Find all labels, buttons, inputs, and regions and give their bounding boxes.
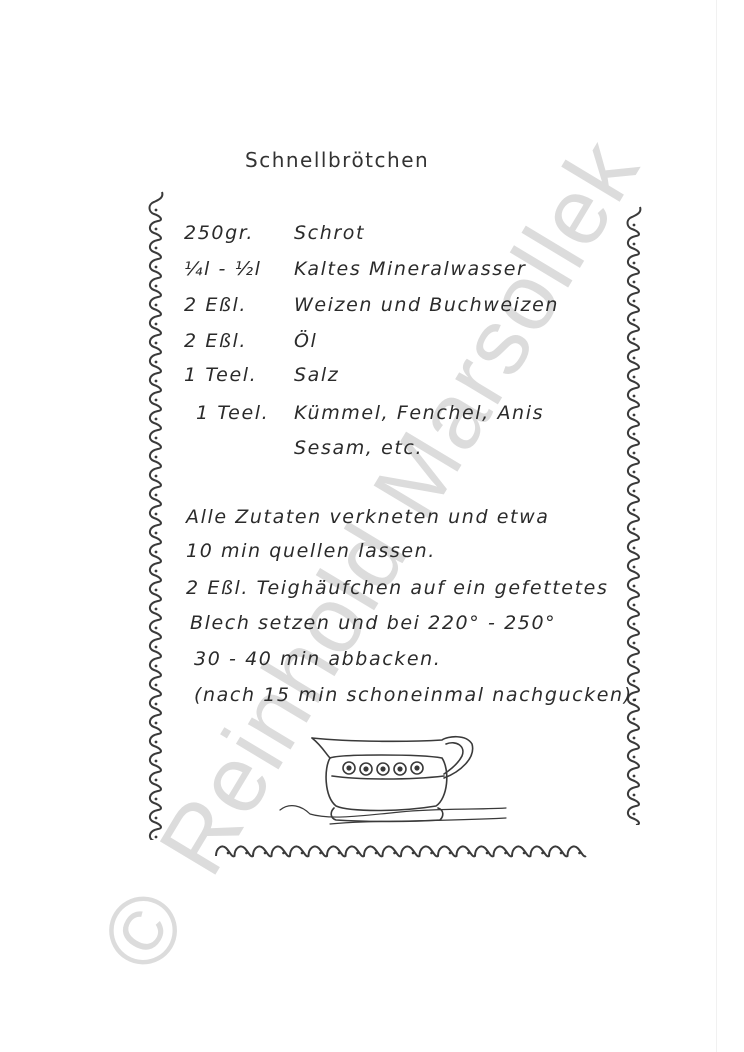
instruction-line: 10 min quellen lassen. (186, 540, 436, 562)
ingredient-row: ¼l - ½lKaltes Mineralwasser (184, 258, 526, 280)
ingredient-name: Salz (294, 364, 339, 386)
instruction-line: (nach 15 min schoneinmal nachgucken). (194, 684, 640, 706)
ingredient-row: 1 Teel.Kümmel, Fenchel, Anis (196, 402, 544, 424)
ingredient-name: Sesam, etc. (294, 437, 423, 459)
instruction-line: Alle Zutaten verkneten und etwa (186, 506, 549, 528)
ingredient-quantity: 1 Teel. (184, 364, 294, 386)
ingredient-quantity: 2 Eßl. (184, 330, 294, 352)
right-wave-border-icon (622, 205, 654, 825)
ingredient-name: Schrot (294, 222, 365, 244)
ingredient-quantity: 250gr. (184, 222, 294, 244)
ingredient-name: Kümmel, Fenchel, Anis (294, 402, 544, 424)
ingredient-quantity: ¼l - ½l (184, 258, 294, 280)
ingredient-row: 1 Teel.Salz (184, 364, 339, 386)
instruction-line: 30 - 40 min abbacken. (194, 648, 441, 670)
instruction-line: 2 Eßl. Teighäufchen auf ein gefettetes (186, 577, 608, 599)
ingredient-row: Sesam, etc. (184, 437, 423, 459)
ingredient-row: 2 Eßl.Weizen und Buchweizen (184, 294, 559, 316)
ingredient-row: 2 Eßl.Öl (184, 330, 317, 352)
ingredient-name: Öl (294, 330, 317, 352)
bottom-wave-border-icon (212, 838, 592, 868)
ingredient-row: 250gr.Schrot (184, 222, 365, 244)
instruction-line: Blech setzen und bei 220° - 250° (190, 612, 556, 634)
ingredient-name: Kaltes Mineralwasser (294, 258, 526, 280)
page-edge-line (716, 0, 717, 1052)
left-wave-border-icon (144, 190, 176, 840)
ingredient-name: Weizen und Buchweizen (294, 294, 559, 316)
copyright-icon: © (80, 871, 209, 988)
ingredient-quantity: 2 Eßl. (184, 294, 294, 316)
recipe-title: Schnellbrötchen (245, 148, 429, 172)
pitcher-icon (270, 728, 510, 828)
ingredient-quantity: 1 Teel. (196, 402, 294, 424)
